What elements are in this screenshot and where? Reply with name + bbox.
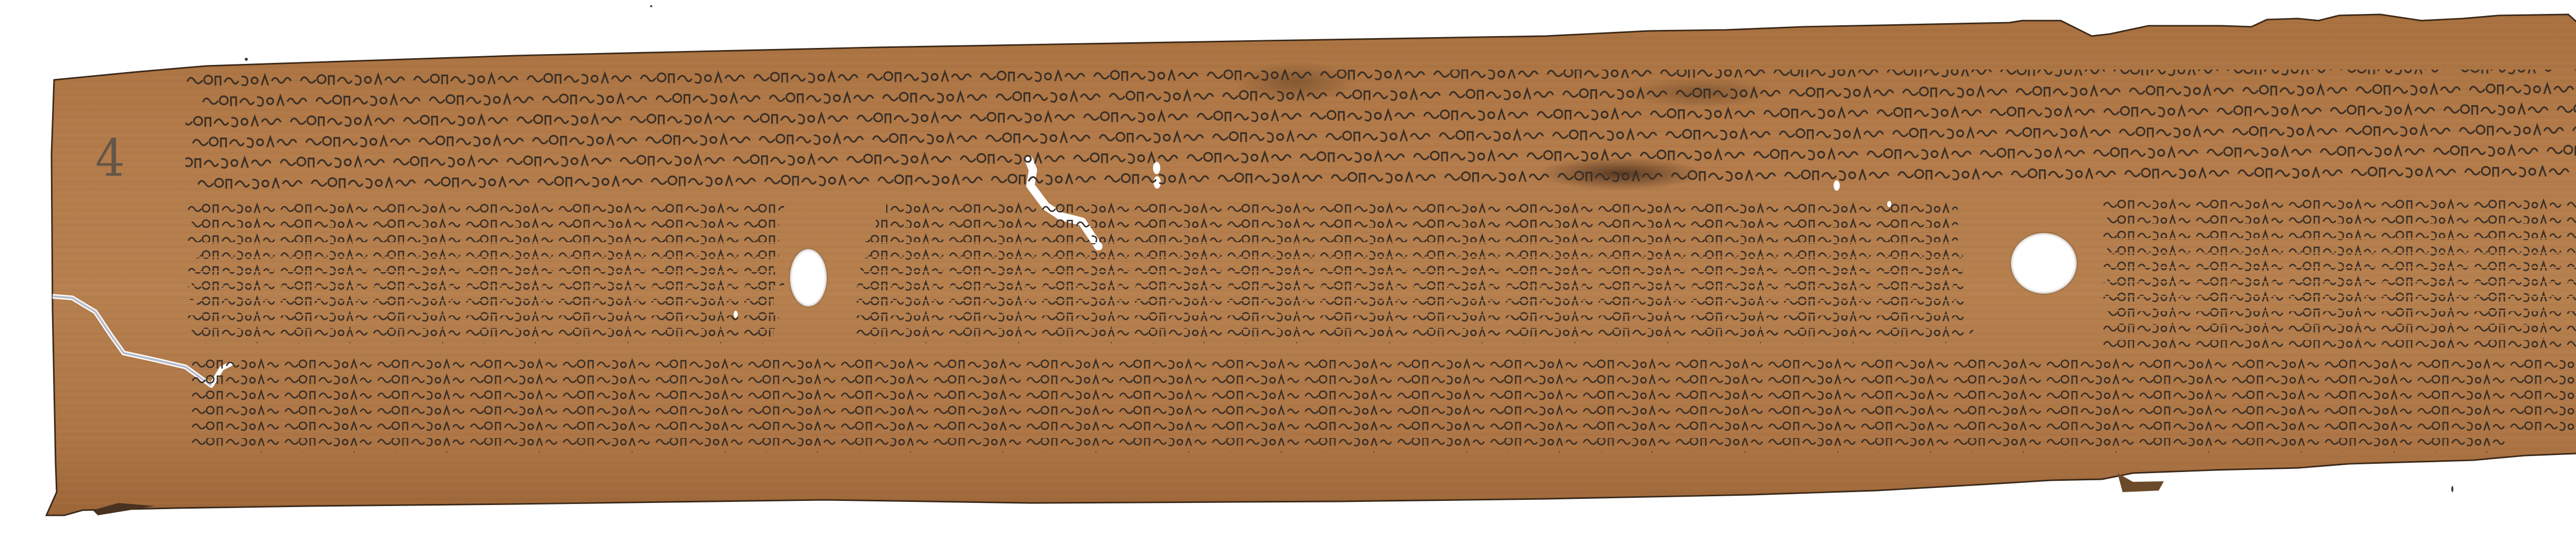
text-column-left xyxy=(187,200,784,355)
text-block-bottom xyxy=(191,356,2576,459)
text-column-right xyxy=(2102,196,2576,356)
text-column-middle xyxy=(855,200,1978,355)
string-hole-right xyxy=(2011,233,2077,294)
text-block-top xyxy=(185,70,2576,198)
manuscript-scan: 4 ரஅஅ 490 xyxy=(0,0,2576,538)
string-hole-left xyxy=(790,249,827,307)
left-margin-annotation: 4 xyxy=(95,129,125,189)
